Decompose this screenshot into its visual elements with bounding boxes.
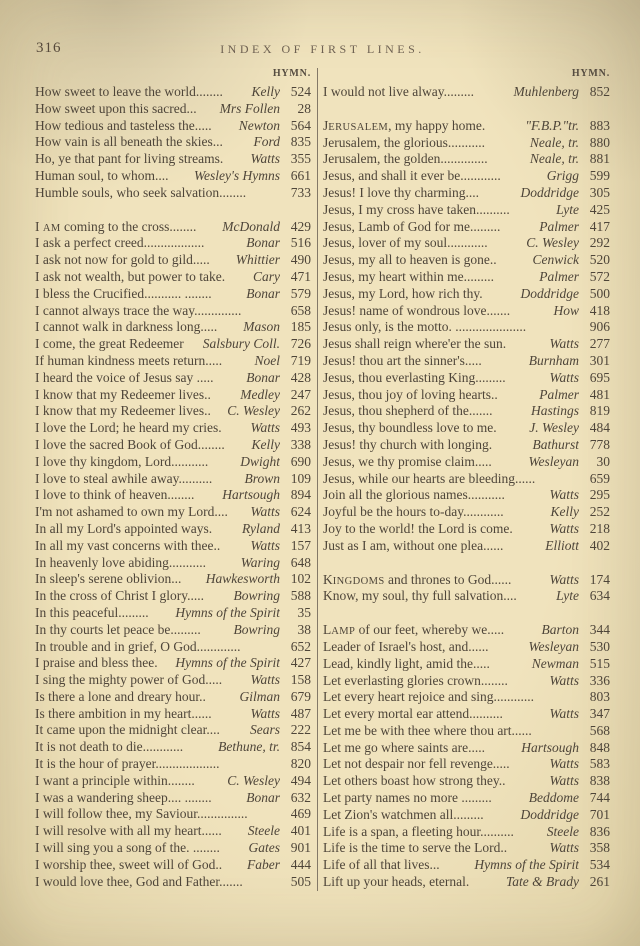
entry-author: Sears [249, 722, 280, 739]
entry-author: Wesleyan [528, 454, 580, 471]
entry-line: I praise and bless thee.Hymns of the Spi… [35, 655, 280, 672]
entry-hymn-number: 222 [280, 722, 311, 739]
entry-author: "F.B.P."tr. [524, 118, 579, 135]
index-entry: In all my Lord's appointed ways.Ryland41… [35, 521, 311, 538]
entry-first-line-text: Jesus shall reign where'er the sun. [323, 336, 548, 353]
entry-author: Tate & Brady [505, 874, 579, 891]
entry-author: Muhlenberg [513, 84, 579, 101]
index-entry: I come, the great Redeemer Salsbury Coll… [35, 336, 311, 353]
entry-author: Gilman [239, 689, 281, 706]
entry-author: Beddome [528, 790, 579, 807]
entry-hymn-number: 820 [280, 756, 311, 773]
entry-hymn-number: 305 [579, 185, 610, 202]
entry-hymn-number: 530 [579, 639, 610, 656]
entry-author: Mason [242, 319, 280, 336]
index-entry: Jesus, my all to heaven is gone..Cenwick… [323, 252, 610, 269]
index-columns: HYMN. How sweet to leave the world......… [35, 66, 610, 891]
entry-hymn-number: 524 [280, 84, 311, 101]
entry-line: Let every mortal ear attend..........Wat… [323, 706, 579, 723]
entry-hymn-number: 744 [579, 790, 610, 807]
entry-author: Hastings [530, 403, 579, 420]
entry-line: Jesus! name of wondrous love.......How [323, 303, 579, 320]
index-entry: Jesus, thou everlasting King.........Wat… [323, 370, 610, 387]
entry-line: Lift up your heads, eternal.Tate & Brady [323, 874, 579, 891]
index-entry: Jesus, we thy promise claim.....Wesleyan… [323, 454, 610, 471]
entry-hymn-number: 726 [280, 336, 311, 353]
entry-hymn-number: 30 [579, 454, 610, 471]
entry-first-line-text: Lift up your heads, eternal. [323, 874, 505, 891]
entry-author: Doddridge [520, 185, 580, 202]
index-group: Jerusalem, my happy home."F.B.P."tr.883J… [323, 118, 610, 555]
index-entry: I'm not ashamed to own my Lord....Watts6… [35, 504, 311, 521]
index-entry: Jesus, I my cross have taken..........Ly… [323, 202, 610, 219]
entry-author: Cary [252, 269, 280, 286]
entry-line: Human soul, to whom....Wesley's Hymns [35, 168, 280, 185]
index-entry: How sweet upon this sacred...Mrs Follen2… [35, 101, 311, 118]
index-entry: I love the Lord; he heard my cries.Watts… [35, 420, 311, 437]
entry-first-line-text: In heavenly love abiding........... [35, 555, 240, 572]
entry-author: Watts [548, 572, 579, 589]
entry-first-line-text: How tedious and tasteless the..... [35, 118, 238, 135]
entry-first-line-text: I love the sacred Book of God........ [35, 437, 251, 454]
index-entry: Humble souls, who seek salvation........… [35, 185, 311, 202]
entry-line: I will follow thee, my Saviour..........… [35, 806, 280, 823]
entry-first-line-text: I heard the voice of Jesus say ..... [35, 370, 245, 387]
index-entry: I was a wandering sheep.... ........Bona… [35, 790, 311, 807]
entry-hymn-number: 733 [280, 185, 311, 202]
entry-first-line-text: Jesus! thy church with longing. [323, 437, 531, 454]
entry-first-line-text: Jerusalem, the golden.............. [323, 151, 529, 168]
entry-first-line-text: In thy courts let peace be......... [35, 622, 232, 639]
entry-first-line-text: I love thy kingdom, Lord........... [35, 454, 239, 471]
entry-hymn-number: 157 [280, 538, 311, 555]
index-entry: I know that my Redeemer lives..C. Wesley… [35, 403, 311, 420]
entry-line: Let me be with thee where thou art...... [323, 723, 579, 740]
entry-first-line-text: Jesus, Lamb of God for me......... [323, 219, 538, 236]
entry-first-line-text: Life of all that lives... [323, 857, 473, 874]
entry-hymn-number: 487 [280, 706, 311, 723]
index-entry: It is not death to die............Bethun… [35, 739, 311, 756]
entry-line: I know that my Redeemer lives..C. Wesley [35, 403, 280, 420]
entry-author: Bonar [245, 235, 280, 252]
entry-first-line-text: Jesus only, is the motto. ..............… [323, 319, 579, 336]
entry-hymn-number: 583 [579, 756, 610, 773]
entry-first-line-text: In all my vast concerns with thee.. [35, 538, 249, 555]
entry-line: I'm not ashamed to own my Lord....Watts [35, 504, 280, 521]
entry-first-line-text: Leader of Israel's host, and...... [323, 639, 528, 656]
entry-author: Newton [238, 118, 280, 135]
entry-first-line-text: Humble souls, who seek salvation........ [35, 185, 280, 202]
entry-small-caps: amp [331, 626, 355, 637]
entry-line: Let everlasting glories crown........Wat… [323, 673, 579, 690]
entry-hymn-number: 338 [280, 437, 311, 454]
entry-line: Jesus, my heart within me.........Palmer [323, 269, 579, 286]
entry-hymn-number: 632 [280, 790, 311, 807]
entry-first-line-text: I will resolve with all my heart...... [35, 823, 247, 840]
entry-line: How sweet to leave the world........Kell… [35, 84, 280, 101]
entry-line: Jesus, I my cross have taken..........Ly… [323, 202, 579, 219]
index-entry: In thy courts let peace be.........Bowri… [35, 622, 311, 639]
entry-author: Hartsough [221, 487, 280, 504]
index-entries-left: How sweet to leave the world........Kell… [35, 84, 311, 890]
entry-hymn-number: 444 [280, 857, 311, 874]
index-entry: I worship thee, sweet will of God..Faber… [35, 857, 311, 874]
entry-line: I cannot walk in darkness long.....Mason [35, 319, 280, 336]
entry-author: Hymns of the Spirit [473, 857, 579, 874]
entry-line: Jerusalem, the golden..............Neale… [323, 151, 579, 168]
entry-author: Bonar [245, 790, 280, 807]
entry-line: I love the sacred Book of God........Kel… [35, 437, 280, 454]
entry-hymn-number: 883 [579, 118, 610, 135]
entry-hymn-number: 516 [280, 235, 311, 252]
entry-first-line-text: Jesus! name of wondrous love....... [323, 303, 552, 320]
index-entry: Life is a span, a fleeting hour.........… [323, 824, 610, 841]
entry-line: Let others boast how strong they..Watts [323, 773, 579, 790]
entry-line: I love thy kingdom, Lord...........Dwigh… [35, 454, 280, 471]
entry-first-line-text: Life is the time to serve the Lord.. [323, 840, 548, 857]
entry-author: Watts [249, 706, 280, 723]
entry-small-caps: erusalem [328, 122, 388, 133]
index-entry: Joy to the world! the Lord is come.Watts… [323, 521, 610, 538]
book-page: 316 INDEX OF FIRST LINES. HYMN. How swee… [0, 0, 640, 946]
index-entry: Jesus, thou joy of loving hearts..Palmer… [323, 387, 610, 404]
entry-first-line-text: Joyful be the hours to-day............ [323, 504, 550, 521]
entry-hymn-number: 819 [579, 403, 610, 420]
entry-first-line-text: In all my Lord's appointed ways. [35, 521, 241, 538]
entry-first-line-text: I worship thee, sweet will of God.. [35, 857, 246, 874]
entry-first-line-text: Let others boast how strong they.. [323, 773, 548, 790]
entry-hymn-number: 401 [280, 823, 311, 840]
entry-author: Watts [548, 370, 579, 387]
entry-first-line-text: Let not despair nor fell revenge..... [323, 756, 548, 773]
index-entry: I love the sacred Book of God........Kel… [35, 437, 311, 454]
entry-line: Jesus, and shall it ever be............G… [323, 168, 579, 185]
index-entry: Join all the glorious names...........Wa… [323, 487, 610, 504]
index-entry: I bless the Crucified........... .......… [35, 286, 311, 303]
index-column-left: HYMN. How sweet to leave the world......… [35, 66, 311, 891]
entry-first-line-text: Lead, kindly light, amid the..... [323, 656, 531, 673]
entry-line: Is there ambition in my heart......Watts [35, 706, 280, 723]
index-column-right: HYMN. I would not live alway.........Muh… [323, 66, 610, 891]
entry-hymn-number: 38 [280, 622, 311, 639]
entry-author: Lyte [555, 202, 579, 219]
entry-first-line-text: Jesus! thou art the sinner's..... [323, 353, 528, 370]
entry-line: Joy to the world! the Lord is come.Watts [323, 521, 579, 538]
page-content: 316 INDEX OF FIRST LINES. HYMN. How swee… [35, 40, 610, 891]
entry-first-line-text: I cannot walk in darkness long..... [35, 319, 242, 336]
entry-first-line-text: Let me be with thee where thou art...... [323, 723, 579, 740]
entry-line: Life is the time to serve the Lord..Watt… [323, 840, 579, 857]
index-group: How sweet to leave the world........Kell… [35, 84, 311, 202]
index-entry: It came upon the midnight clear....Sears… [35, 722, 311, 739]
entry-hymn-number: 494 [280, 773, 311, 790]
entry-author: Watts [548, 773, 579, 790]
index-group: Lamp of our feet, whereby we.....Barton3… [323, 622, 610, 891]
entry-hymn-number: 564 [280, 118, 311, 135]
entry-first-line-text: Jesus, I my cross have taken.......... [323, 202, 555, 219]
index-entry: I love to steal awhile away..........Bro… [35, 471, 311, 488]
entry-author: Wesley's Hymns [193, 168, 280, 185]
entry-first-line-text: Jesus, while our hearts are bleeding....… [323, 471, 579, 488]
entry-author: Kelly [550, 504, 580, 521]
index-entry: Let everlasting glories crown........Wat… [323, 673, 610, 690]
entry-line: Jerusalem, the glorious...........Neale,… [323, 135, 579, 152]
column-header-hymn-left: HYMN. [35, 66, 311, 81]
entry-hymn-number: 425 [579, 202, 610, 219]
index-entry: Lift up your heads, eternal.Tate & Brady… [323, 874, 610, 891]
entry-author: Hartsough [520, 740, 579, 757]
entry-hymn-number: 292 [579, 235, 610, 252]
index-entry: Jesus, while our hearts are bleeding....… [323, 471, 610, 488]
entry-author: Watts [548, 756, 579, 773]
entry-hymn-number: 158 [280, 672, 311, 689]
entry-hymn-number: 277 [579, 336, 610, 353]
entry-line: Humble souls, who seek salvation........ [35, 185, 280, 202]
entry-author: Watts [548, 706, 579, 723]
entry-first-line-text: Ho, ye that pant for living streams. [35, 151, 249, 168]
entry-author: Medley [239, 387, 280, 404]
entry-author: Neale, tr. [529, 151, 579, 168]
index-entry: Ho, ye that pant for living streams.Watt… [35, 151, 311, 168]
entry-author: Newman [531, 656, 579, 673]
entry-line: I sing the mighty power of God.....Watts [35, 672, 280, 689]
entry-author: Kelly [251, 437, 281, 454]
entry-line: I would love thee, God and Father....... [35, 874, 280, 891]
index-entry: Kingdoms and thrones to God......Watts17… [323, 572, 610, 589]
entry-line: Know, my soul, thy full salvation....Lyt… [323, 588, 579, 605]
entry-hymn-number: 295 [579, 487, 610, 504]
entry-line: Jesus! thou art the sinner's.....Burnham [323, 353, 579, 370]
entry-author: How [552, 303, 579, 320]
entry-line: In all my Lord's appointed ways.Ryland [35, 521, 280, 538]
entry-hymn-number: 493 [280, 420, 311, 437]
entry-line: Let me go where saints are.....Hartsough [323, 740, 579, 757]
index-entry: Human soul, to whom....Wesley's Hymns661 [35, 168, 311, 185]
entry-hymn-number: 719 [280, 353, 311, 370]
entry-author: Brown [243, 471, 280, 488]
entry-first-line-text: Jesus! I love thy charming.... [323, 185, 520, 202]
entry-line: In trouble and in grief, O God..........… [35, 639, 280, 656]
index-entry: How sweet to leave the world........Kell… [35, 84, 311, 101]
index-entry: Lead, kindly light, amid the.....Newman5… [323, 656, 610, 673]
index-entry: Let others boast how strong they..Watts8… [323, 773, 610, 790]
index-entry: Jesus, thy boundless love to me.J. Wesle… [323, 420, 610, 437]
entry-hymn-number: 28 [280, 101, 311, 118]
entry-hymn-number: 648 [280, 555, 311, 572]
index-entry: Jesus, Lamb of God for me.........Palmer… [323, 219, 610, 236]
index-entry: In the cross of Christ I glory.....Bowri… [35, 588, 311, 605]
index-entry: Joyful be the hours to-day............Ke… [323, 504, 610, 521]
entry-line: How tedious and tasteless the.....Newton [35, 118, 280, 135]
entry-author: Hawkesworth [205, 571, 280, 588]
index-entry: Is there a lone and dreary hour..Gilman6… [35, 689, 311, 706]
entry-author: Watts [548, 840, 579, 857]
entry-line: Let Zion's watchmen all.........Doddridg… [323, 807, 579, 824]
entry-first-line-text: I will follow thee, my Saviour..........… [35, 806, 280, 823]
entry-line: Jesus, thou everlasting King.........Wat… [323, 370, 579, 387]
entry-line: I ask a perfect creed..................B… [35, 235, 280, 252]
entry-small-caps: ingdoms [333, 576, 385, 587]
entry-first-line-text: I love the Lord; he heard my cries. [35, 420, 249, 437]
index-entry: Jesus, and shall it ever be............G… [323, 168, 610, 185]
entry-line: It came upon the midnight clear....Sears [35, 722, 280, 739]
entry-line: If human kindness meets return.....Noel [35, 353, 280, 370]
entry-hymn-number: 579 [280, 286, 311, 303]
entry-author: Faber [246, 857, 280, 874]
index-entry: Jesus! I love thy charming....Doddridge3… [323, 185, 610, 202]
entry-first-line-text: Joy to the world! the Lord is come. [323, 521, 548, 538]
entry-first-line-text: I praise and bless thee. [35, 655, 174, 672]
entry-line: It is not death to die............Bethun… [35, 739, 280, 756]
index-entry: Jesus, my Lord, how rich thy.Doddridge50… [323, 286, 610, 303]
entry-first-line-text: Just as I am, without one plea...... [323, 538, 544, 555]
entry-author: Watts [249, 420, 280, 437]
entry-hymn-number: 568 [579, 723, 610, 740]
entry-first-line-text: If human kindness meets return..... [35, 353, 254, 370]
entry-author: Watts [548, 336, 579, 353]
index-entry: Jerusalem, my happy home."F.B.P."tr.883 [323, 118, 610, 135]
index-entry: Let me go where saints are.....Hartsough… [323, 740, 610, 757]
entry-author: Cenwick [532, 252, 580, 269]
entry-author: Wesleyan [528, 639, 580, 656]
entry-hymn-number: 838 [579, 773, 610, 790]
entry-first-line-text: Jesus, and shall it ever be............ [323, 168, 546, 185]
index-entry: I would not live alway.........Muhlenber… [323, 84, 610, 101]
entry-hymn-number: 355 [280, 151, 311, 168]
entry-author: Watts [548, 673, 579, 690]
index-entry: I ask a perfect creed..................B… [35, 235, 311, 252]
index-entry: I would love thee, God and Father.......… [35, 874, 311, 891]
entry-author: Bonar [245, 286, 280, 303]
index-entry: Let every mortal ear attend..........Wat… [323, 706, 610, 723]
index-entry: In heavenly love abiding...........Warin… [35, 555, 311, 572]
entry-author: Doddridge [520, 807, 580, 824]
entry-hymn-number: 880 [579, 135, 610, 152]
index-entry: Jerusalem, the golden..............Neale… [323, 151, 610, 168]
entry-hymn-number: 358 [579, 840, 610, 857]
entry-hymn-number: 413 [280, 521, 311, 538]
index-group: I am coming to the cross........McDonald… [35, 219, 311, 891]
index-entry: Lamp of our feet, whereby we.....Barton3… [323, 622, 610, 639]
entry-hymn-number: 469 [280, 806, 311, 823]
entry-line: I heard the voice of Jesus say .....Bona… [35, 370, 280, 387]
entry-hymn-number: 481 [579, 387, 610, 404]
entry-author: Dwight [239, 454, 280, 471]
entry-first-line-text: Let party names no more ......... [323, 790, 528, 807]
entry-author: Palmer [538, 387, 579, 404]
entry-first-line-text: I ask not now for gold to gild..... [35, 252, 235, 269]
index-entry: I know that my Redeemer lives..Medley247 [35, 387, 311, 404]
index-entry: I ask not now for gold to gild.....Whitt… [35, 252, 311, 269]
entry-author: Hymns of the Spirit [174, 655, 280, 672]
entry-first-line-text: Let every mortal ear attend.......... [323, 706, 548, 723]
entry-first-line-text: In sleep's serene oblivion... [35, 571, 205, 588]
entry-hymn-number: 881 [579, 151, 610, 168]
entry-line: Let not despair nor fell revenge.....Wat… [323, 756, 579, 773]
entry-line: I come, the great Redeemer Salsbury Coll… [35, 336, 280, 353]
entry-line: Lead, kindly light, amid the.....Newman [323, 656, 579, 673]
entry-hymn-number: 848 [579, 740, 610, 757]
entry-hymn-number: 661 [280, 168, 311, 185]
entry-first-line-text: Join all the glorious names........... [323, 487, 548, 504]
entry-author: Waring [240, 555, 280, 572]
entry-hymn-number: 572 [579, 269, 610, 286]
entry-author: Bethune, tr. [217, 739, 280, 756]
index-entry: In this peaceful.........Hymns of the Sp… [35, 605, 311, 622]
index-entry: Let me be with thee where thou art......… [323, 723, 610, 740]
entry-line: In heavenly love abiding...........Warin… [35, 555, 280, 572]
entry-hymn-number: 490 [280, 252, 311, 269]
entry-line: It is the hour of prayer................… [35, 756, 280, 773]
entry-line: In sleep's serene oblivion...Hawkesworth [35, 571, 280, 588]
column-divider [317, 68, 318, 891]
entry-first-line-text: I cannot always trace the way...........… [35, 303, 280, 320]
entry-hymn-number: 658 [280, 303, 311, 320]
entry-author: Watts [249, 672, 280, 689]
index-entry: In all my vast concerns with thee..Watts… [35, 538, 311, 555]
index-entry: Jerusalem, the glorious...........Neale,… [323, 135, 610, 152]
column-header-hymn-right: HYMN. [323, 66, 610, 81]
entry-first-line-text: I would love thee, God and Father....... [35, 874, 280, 891]
index-group: Kingdoms and thrones to God......Watts17… [323, 572, 610, 606]
entry-first-line-text: Is there ambition in my heart...... [35, 706, 249, 723]
entry-hymn-number: 247 [280, 387, 311, 404]
entry-line: In thy courts let peace be.........Bowri… [35, 622, 280, 639]
entry-line: In all my vast concerns with thee..Watts [35, 538, 280, 555]
entry-hymn-number: 852 [579, 84, 610, 101]
entry-line: How vain is all beneath the skies...Ford [35, 134, 280, 151]
entry-author: Palmer [538, 219, 579, 236]
index-entry: I cannot walk in darkness long.....Mason… [35, 319, 311, 336]
entry-hymn-number: 659 [579, 471, 610, 488]
entry-first-line-text: Jesus, thy boundless love to me. [323, 420, 528, 437]
index-entry: I want a principle within........C. Wesl… [35, 773, 311, 790]
entry-hymn-number: 520 [579, 252, 610, 269]
index-entry: Jesus! name of wondrous love.......How41… [323, 303, 610, 320]
entry-first-line-text: I know that my Redeemer lives.. [35, 387, 239, 404]
entry-author: Gates [248, 840, 281, 857]
entry-first-line-text: Jesus, thou joy of loving hearts.. [323, 387, 538, 404]
index-entry: I sing the mighty power of God.....Watts… [35, 672, 311, 689]
entry-first-line-text: I know that my Redeemer lives.. [35, 403, 226, 420]
index-entry: Jesus only, is the motto. ..............… [323, 319, 610, 336]
entry-line: Ho, ye that pant for living streams.Watt… [35, 151, 280, 168]
index-entry: I cannot always trace the way...........… [35, 303, 311, 320]
entry-hymn-number: 471 [280, 269, 311, 286]
entry-line: Jesus, while our hearts are bleeding....… [323, 471, 579, 488]
entry-hymn-number: 901 [280, 840, 311, 857]
entry-first-line-text: Jesus, my Lord, how rich thy. [323, 286, 520, 303]
entry-author: Lyte [555, 588, 579, 605]
entry-line: I ask not wealth, but power to take.Cary [35, 269, 280, 286]
entry-first-line-text: Life is a span, a fleeting hour.........… [323, 824, 546, 841]
entry-line: Is there a lone and dreary hour..Gilman [35, 689, 280, 706]
entry-first-line-text: I will sing you a song of the. ........ [35, 840, 248, 857]
index-entry: I heard the voice of Jesus say .....Bona… [35, 370, 311, 387]
entry-line: Life of all that lives...Hymns of the Sp… [323, 857, 579, 874]
entry-hymn-number: 402 [579, 538, 610, 555]
entry-hymn-number: 252 [579, 504, 610, 521]
entry-line: I will resolve with all my heart......St… [35, 823, 280, 840]
entry-author: Hymns of the Spirit [174, 605, 280, 622]
entry-author: Noel [254, 353, 281, 370]
entry-hymn-number: 588 [280, 588, 311, 605]
index-entry: Jesus! thy church with longing.Bathurst7… [323, 437, 610, 454]
index-entry: I will resolve with all my heart......St… [35, 823, 311, 840]
index-entry: Jesus, thou shepherd of the.......Hastin… [323, 403, 610, 420]
entry-hymn-number: 652 [280, 639, 311, 656]
index-entry: Know, my soul, thy full salvation....Lyt… [323, 588, 610, 605]
